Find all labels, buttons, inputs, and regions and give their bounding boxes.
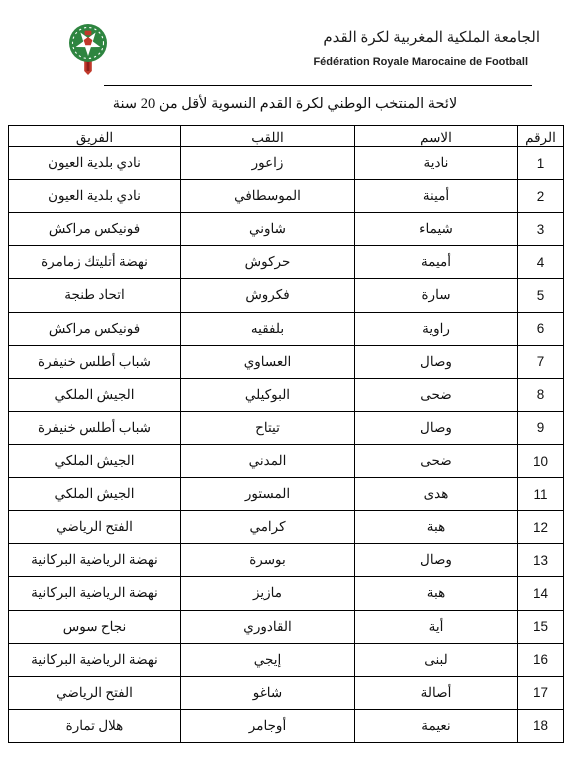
col-header-number: الرقم [518,126,564,147]
player-first-name: لبنى [355,643,518,676]
table-row: 8ضحىالبوكيليالجيش الملكي [9,378,564,411]
table-row: 9وصالتيتاحشباب أطلس خنيفرة [9,411,564,444]
player-first-name: شيماء [355,213,518,246]
table-row: 16لبنىإيجينهضة الرياضية البركانية [9,643,564,676]
player-number: 17 [518,676,564,709]
player-number: 18 [518,709,564,742]
player-team: نهضة الرياضية البركانية [9,643,181,676]
player-number: 15 [518,610,564,643]
player-last-name: أوجامر [181,709,355,742]
player-team: الجيش الملكي [9,378,181,411]
player-number: 2 [518,180,564,213]
player-team: نادي بلدية العيون [9,180,181,213]
table-row: 11هدىالمستورالجيش الملكي [9,478,564,511]
col-header-surname: اللقب [181,126,355,147]
player-team: الفتح الرياضي [9,511,181,544]
player-first-name: ضحى [355,378,518,411]
table-row: 17أصالةشاغوالفتح الرياضي [9,676,564,709]
player-last-name: كرامي [181,511,355,544]
player-first-name: هدى [355,478,518,511]
table-row: 4أميمةحركوشنهضة أتليتك زمامرة [9,246,564,279]
player-first-name: سارة [355,279,518,312]
player-last-name: تيتاح [181,411,355,444]
header-divider [104,85,532,86]
player-first-name: وصال [355,345,518,378]
player-first-name: نادية [355,147,518,180]
player-last-name: المدني [181,444,355,477]
player-team: الجيش الملكي [9,478,181,511]
player-team: نهضة الرياضية البركانية [9,544,181,577]
player-first-name: وصال [355,411,518,444]
player-number: 12 [518,511,564,544]
table-row: 2أمينةالموسطافينادي بلدية العيون [9,180,564,213]
player-last-name: العساوي [181,345,355,378]
player-team: الفتح الرياضي [9,676,181,709]
table-row: 15أيةالقادورينجاح سوس [9,610,564,643]
federation-title-french: Fédération Royale Marocaine de Football [120,56,540,68]
player-number: 3 [518,213,564,246]
player-number: 10 [518,444,564,477]
player-team: شباب أطلس خنيفرة [9,345,181,378]
frmf-logo [66,22,110,78]
player-first-name: أمينة [355,180,518,213]
table-row: 13وصالبوسرةنهضة الرياضية البركانية [9,544,564,577]
player-first-name: هبة [355,577,518,610]
player-last-name: البوكيلي [181,378,355,411]
player-team: شباب أطلس خنيفرة [9,411,181,444]
col-header-name: الاسم [355,126,518,147]
player-number: 9 [518,411,564,444]
player-team: نادي بلدية العيون [9,147,181,180]
player-last-name: شاغو [181,676,355,709]
player-first-name: وصال [355,544,518,577]
player-number: 8 [518,378,564,411]
table-row: 6راويةبلفقيهفونيكس مراكش [9,312,564,345]
player-last-name: إيجي [181,643,355,676]
player-team: هلال تمارة [9,709,181,742]
player-team: فونيكس مراكش [9,213,181,246]
player-number: 7 [518,345,564,378]
player-last-name: الموسطافي [181,180,355,213]
table-row: 1ناديةزاعورنادي بلدية العيون [9,147,564,180]
table-row: 7وصالالعساويشباب أطلس خنيفرة [9,345,564,378]
table-row: 10ضحىالمدنيالجيش الملكي [9,444,564,477]
frmf-logo-icon [66,22,110,78]
player-number: 4 [518,246,564,279]
player-number: 6 [518,312,564,345]
player-number: 13 [518,544,564,577]
table-row: 14هبةمازيزنهضة الرياضية البركانية [9,577,564,610]
table-row: 5سارةفكروشاتحاد طنجة [9,279,564,312]
player-team: فونيكس مراكش [9,312,181,345]
table-row: 18نعيمةأوجامرهلال تمارة [9,709,564,742]
player-last-name: بوسرة [181,544,355,577]
player-first-name: أية [355,610,518,643]
player-number: 11 [518,478,564,511]
player-team: نهضة الرياضية البركانية [9,577,181,610]
player-first-name: أصالة [355,676,518,709]
player-last-name: فكروش [181,279,355,312]
player-number: 1 [518,147,564,180]
player-first-name: ضحى [355,444,518,477]
table-row: 3شيماءشاونيفونيكس مراكش [9,213,564,246]
player-first-name: راوية [355,312,518,345]
player-last-name: زاعور [181,147,355,180]
col-header-team: الفريق [9,126,181,147]
federation-title-arabic: الجامعة الملكية المغربية لكرة القدم [120,28,540,47]
players-table: الرقم الاسم اللقب الفريق 1ناديةزاعورنادي… [8,125,564,743]
player-team: نجاح سوس [9,610,181,643]
table-header-row: الرقم الاسم اللقب الفريق [9,126,564,147]
player-team: نهضة أتليتك زمامرة [9,246,181,279]
player-last-name: شاوني [181,213,355,246]
player-number: 5 [518,279,564,312]
player-number: 14 [518,577,564,610]
player-first-name: نعيمة [355,709,518,742]
player-last-name: مازيز [181,577,355,610]
player-last-name: القادوري [181,610,355,643]
player-first-name: أميمة [355,246,518,279]
header-titles: الجامعة الملكية المغربية لكرة القدم Fédé… [120,28,540,68]
player-team: اتحاد طنجة [9,279,181,312]
player-first-name: هبة [355,511,518,544]
player-last-name: بلفقيه [181,312,355,345]
player-last-name: المستور [181,478,355,511]
player-number: 16 [518,643,564,676]
table-row: 12هبةكراميالفتح الرياضي [9,511,564,544]
player-last-name: حركوش [181,246,355,279]
document-page: الجامعة الملكية المغربية لكرة القدم Fédé… [0,0,570,757]
player-team: الجيش الملكي [9,444,181,477]
document-subtitle: لائحة المنتخب الوطني لكرة القدم النسوية … [45,96,525,113]
